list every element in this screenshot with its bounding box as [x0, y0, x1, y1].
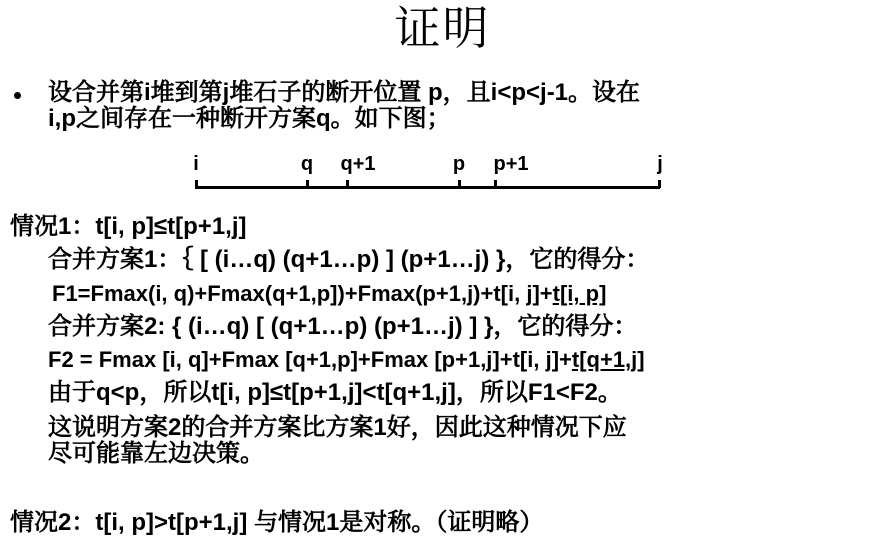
label-p-plus-1: p+1 — [493, 152, 528, 176]
tick-q-plus-1 — [346, 180, 349, 188]
tick-p-plus-1 — [494, 180, 497, 188]
formula-f1-main: F1=Fmax(i, q)+Fmax(q+1,p])+Fmax(p+1,j)+t… — [52, 281, 553, 306]
summary-line-2: 尽可能靠左边决策。 — [48, 441, 264, 467]
label-p: p — [453, 152, 465, 176]
label-i: i — [193, 152, 199, 176]
formula-f2: F2 = Fmax [i, q]+Fmax [q+1,p]+Fmax [p+1,… — [48, 347, 645, 373]
tick-j — [658, 180, 661, 188]
case1-heading: 情况1：t[i, p]≤t[p+1,j] — [10, 214, 247, 240]
plan1-description: 合并方案1：｛ [ (i…q) (q+1…p) ] (p+1…j) }，它的得分… — [48, 247, 649, 273]
tick-p — [458, 180, 461, 188]
label-q: q — [301, 152, 313, 176]
tick-i — [195, 180, 198, 188]
formula-f1-underlined-term: t[i, p] — [553, 281, 607, 306]
reasoning-text: 由于q<p，所以t[i, p]≤t[p+1,j]<t[q+1,j]，所以F1<F… — [48, 380, 622, 406]
label-j: j — [657, 152, 663, 176]
tick-q — [306, 180, 309, 188]
formula-f1: F1=Fmax(i, q)+Fmax(q+1,p])+Fmax(p+1,j)+t… — [52, 281, 606, 307]
formula-f2-underlined-term: t[q+1,j] — [572, 347, 645, 372]
number-line-axis — [195, 186, 660, 189]
case2-heading: 情况2：t[i, p]>t[p+1,j] 与情况1是对称。（证明略） — [10, 510, 543, 536]
plan2-description: 合并方案2: { (i…q) [ (q+1…p) (p+1…j) ] }，它的得… — [48, 314, 637, 340]
number-line-diagram: i q q+1 p p+1 j — [0, 0, 885, 200]
summary-line-1: 这说明方案2的合并方案比方案1好，因此这种情况下应 — [48, 415, 627, 441]
label-q-plus-1: q+1 — [340, 152, 375, 176]
formula-f2-main: F2 = Fmax [i, q]+Fmax [q+1,p]+Fmax [p+1,… — [48, 347, 572, 372]
